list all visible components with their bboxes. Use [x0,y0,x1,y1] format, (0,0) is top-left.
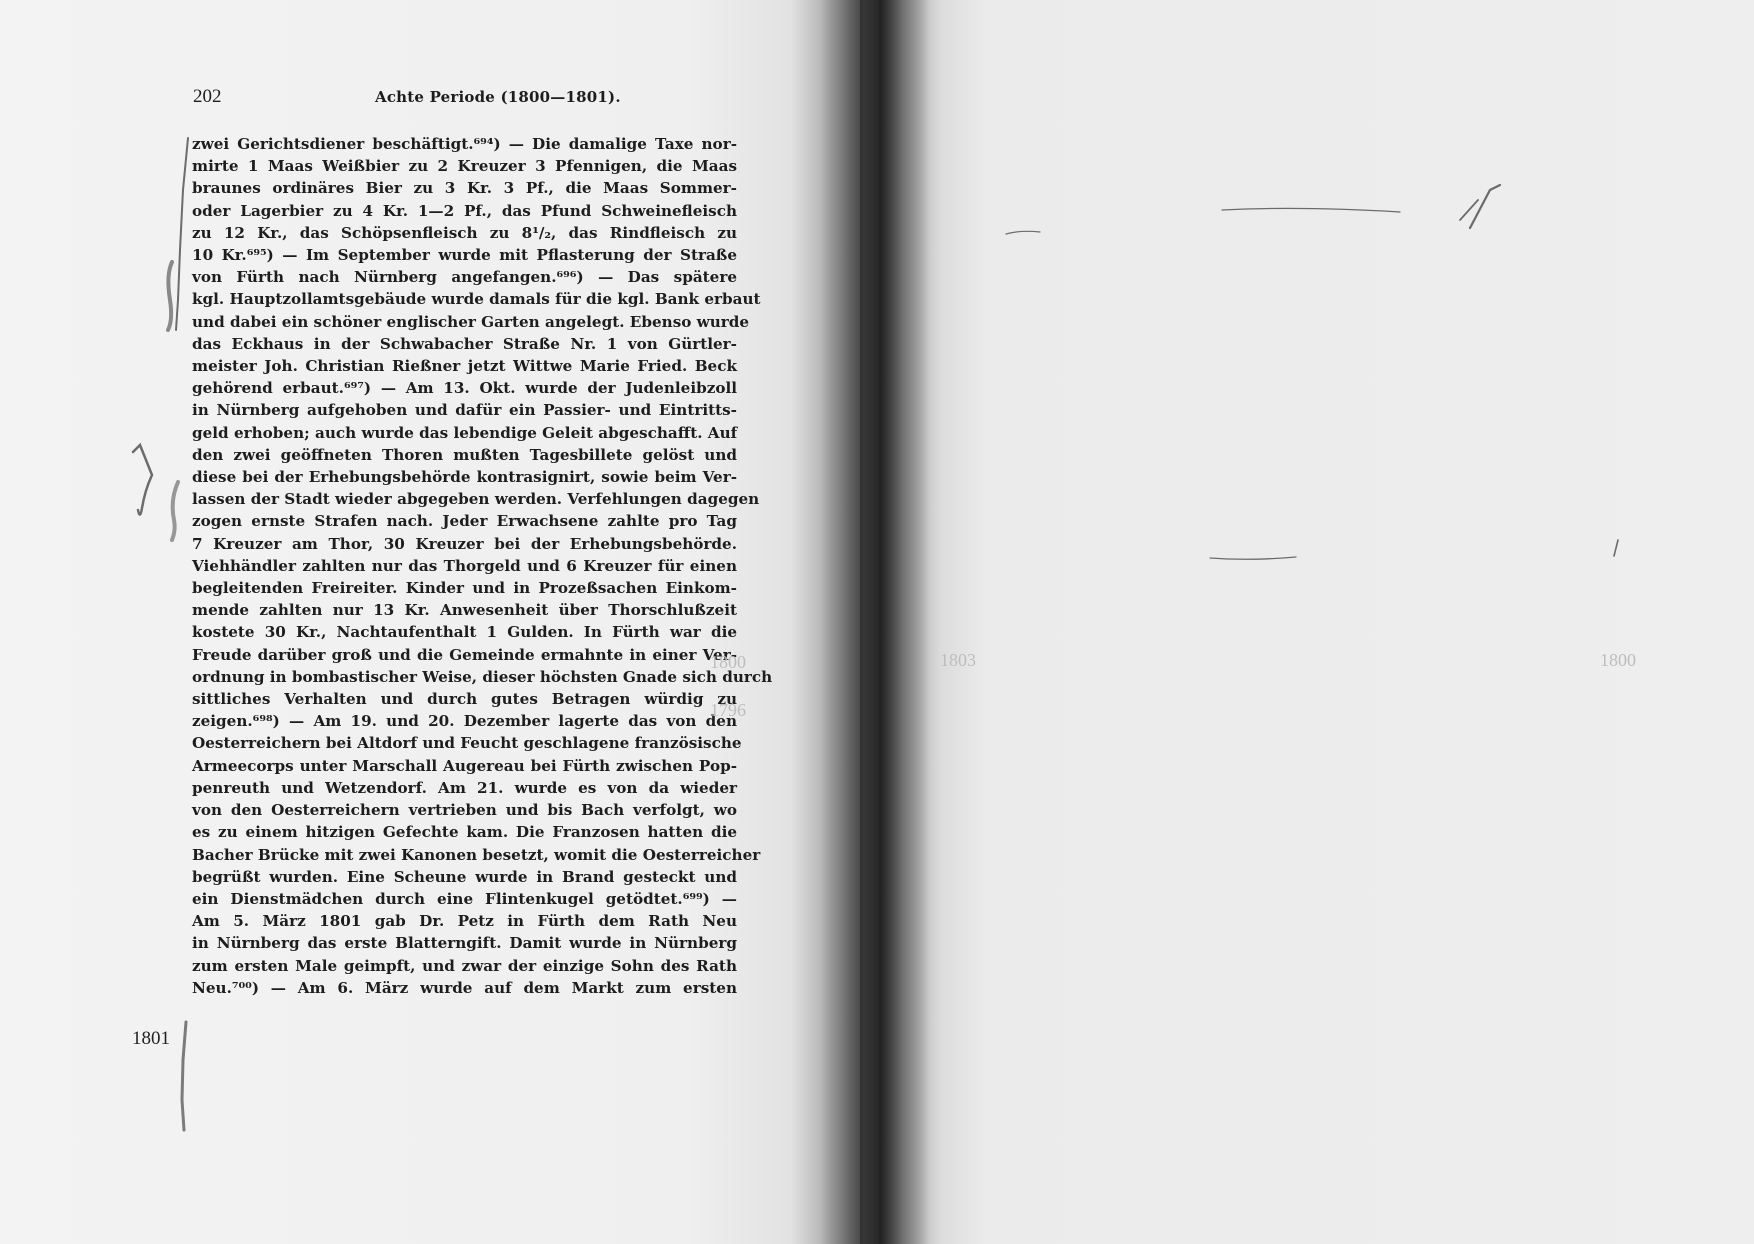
text-line: diese bei der Erhebungsbehörde kontrasig… [192,466,737,488]
text-line: kgl. Hauptzollamtsgebäude wurde damals f… [192,288,737,310]
text-line: 7 Kreuzer am Thor, 30 Kreuzer bei der Er… [192,533,737,555]
text-line: das Eckhaus in der Schwabacher Straße Nr… [192,333,737,355]
text-line: meister Joh. Christian Rießner jetzt Wit… [192,355,737,377]
text-line: Neu.⁷⁰⁰) — Am 6. März wurde auf dem Mark… [192,977,737,999]
show-through-left-2: 1796 [710,700,746,721]
text-line: Oesterreichern bei Altdorf und Feucht ge… [192,732,737,754]
text-line: Bacher Brücke mit zwei Kanonen besetzt, … [192,844,737,866]
text-line: von Fürth nach Nürnberg angefangen.⁶⁹⁶) … [192,266,737,288]
left-page-body: zwei Gerichtsdiener beschäftigt.⁶⁹⁴) — D… [192,133,737,999]
text-line: zu 12 Kr., das Schöpsenfleisch zu 8¹/₂, … [192,222,737,244]
text-line: zeigen.⁶⁹⁸) — Am 19. und 20. Dezember la… [192,710,737,732]
margin-year-1801: 1801 [132,1028,170,1050]
text-line: geld erhoben; auch wurde das lebendige G… [192,422,737,444]
text-line: es zu einem hitzigen Gefechte kam. Die F… [192,821,737,843]
text-line: Armeecorps unter Marschall Augereau bei … [192,755,737,777]
book-spread: 202 Achte Periode (1800—1801). zwei Geri… [0,0,1754,1244]
text-line: begleitenden Freireiter. Kinder und in P… [192,577,737,599]
text-line: ordnung in bombastischer Weise, dieser h… [192,666,737,688]
text-line: sittliches Verhalten und durch gutes Bet… [192,688,737,710]
text-line: gehörend erbaut.⁶⁹⁷) — Am 13. Okt. wurde… [192,377,737,399]
show-through-right-1: 1803 [940,650,976,671]
show-through-right-2: 1800 [1600,650,1636,671]
text-line: zum ersten Male geimpft, und zwar der ei… [192,955,737,977]
text-line: zwei Gerichtsdiener beschäftigt.⁶⁹⁴) — D… [192,133,737,155]
text-line: 10 Kr.⁶⁹⁵) — Im September wurde mit Pfla… [192,244,737,266]
text-line: begrüßt wurden. Eine Scheune wurde in Br… [192,866,737,888]
text-line: zogen ernste Strafen nach. Jeder Erwachs… [192,510,737,532]
text-line: ein Dienstmädchen durch eine Flintenkuge… [192,888,737,910]
text-line: in Nürnberg aufgehoben und dafür ein Pas… [192,399,737,421]
right-page: Achte Periode (1801—1802). 203 Male eine… [860,0,1754,1244]
text-line: braunes ordinäres Bier zu 3 Kr. 3 Pf., d… [192,177,737,199]
text-line: in Nürnberg das erste Blatterngift. Dami… [192,932,737,954]
left-page: 202 Achte Periode (1800—1801). zwei Geri… [0,0,860,1244]
text-line: kostete 30 Kr., Nachtaufenthalt 1 Gulden… [192,621,737,643]
text-line: Viehhändler zahlten nur das Thorgeld und… [192,555,737,577]
text-line: penreuth und Wetzendorf. Am 21. wurde es… [192,777,737,799]
text-line: lassen der Stadt wieder abgegeben werden… [192,488,737,510]
show-through-left-1: 1800 [710,652,746,673]
text-line: den zwei geöffneten Thoren mußten Tagesb… [192,444,737,466]
page-number-left: 202 [193,86,222,108]
running-head-left: Achte Periode (1800—1801). [375,88,621,106]
text-line: Am 5. März 1801 gab Dr. Petz in Fürth de… [192,910,737,932]
text-line: mende zahlten nur 13 Kr. Anwesenheit übe… [192,599,737,621]
text-line: und dabei ein schöner englischer Garten … [192,311,737,333]
text-line: mirte 1 Maas Weißbier zu 2 Kreuzer 3 Pfe… [192,155,737,177]
text-line: von den Oesterreichern vertrieben und bi… [192,799,737,821]
text-line: Freude darüber groß und die Gemeinde erm… [192,644,737,666]
text-line: oder Lagerbier zu 4 Kr. 1—2 Pf., das Pfu… [192,200,737,222]
book-gutter-shadow [820,0,930,1244]
